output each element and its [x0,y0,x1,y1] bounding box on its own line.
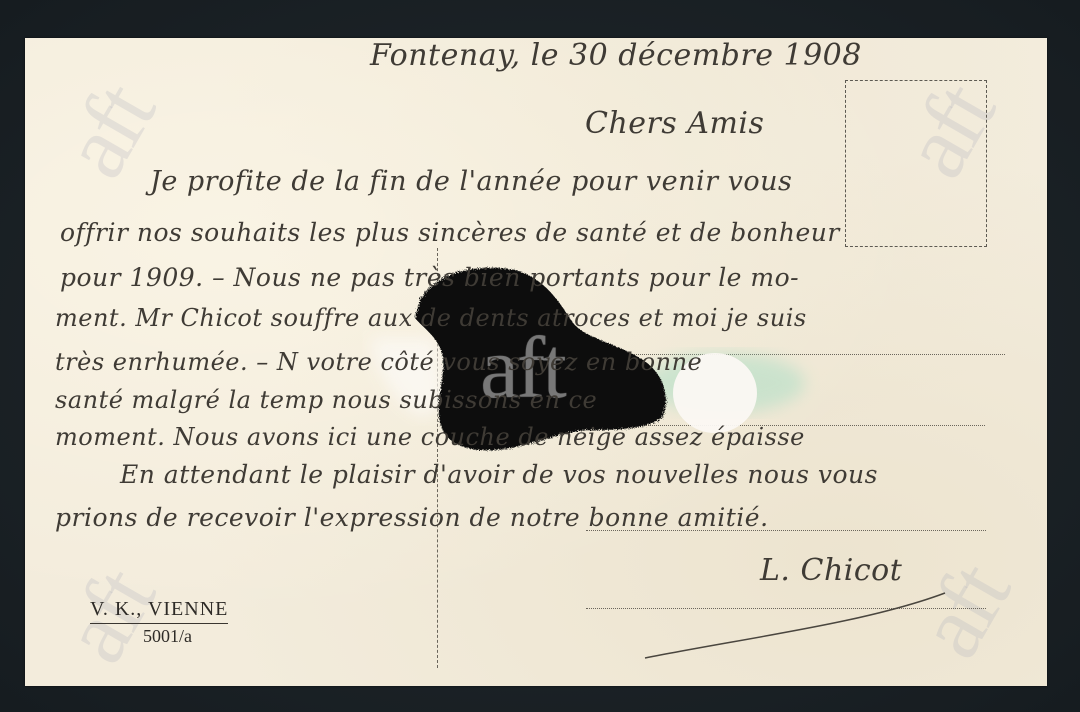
stamp-box [845,80,987,247]
place-date: Fontenay, le 30 décembre 1908 [370,38,862,73]
letter-line-3: pour 1909. – Nous ne pas très bien porta… [60,263,799,292]
letter-line-4: ment. Mr Chicot souffre aux de dents atr… [55,304,807,332]
signature: L. Chicot [760,553,902,588]
letter-line-6: santé malgré la temp nous subissons en c… [55,386,597,414]
letter-line-2: offrir nos souhaits les plus sincères de… [60,218,840,247]
watermark-bottom-right: aft [895,548,1029,675]
publisher-label: V. K., VIENNE [90,598,228,624]
letter-line-9: prions de recevoir l'expression de notre… [55,503,769,532]
letter-line-5: très enrhumée. – N votre côté vous soyez… [55,348,702,376]
letter-line-1: Je profite de la fin de l'année pour ven… [150,166,792,197]
address-line-4 [586,608,986,609]
letter-line-7: moment. Nous avons ici une couche de nei… [55,423,805,451]
postcard: aft aft aft aft V. K., VIENNE 5001/a aft… [25,38,1047,686]
salutation: Chers Amis [585,106,764,141]
reference-number: 5001/a [143,626,192,647]
letter-line-8: En attendant le plaisir d'avoir de vos n… [120,460,878,489]
